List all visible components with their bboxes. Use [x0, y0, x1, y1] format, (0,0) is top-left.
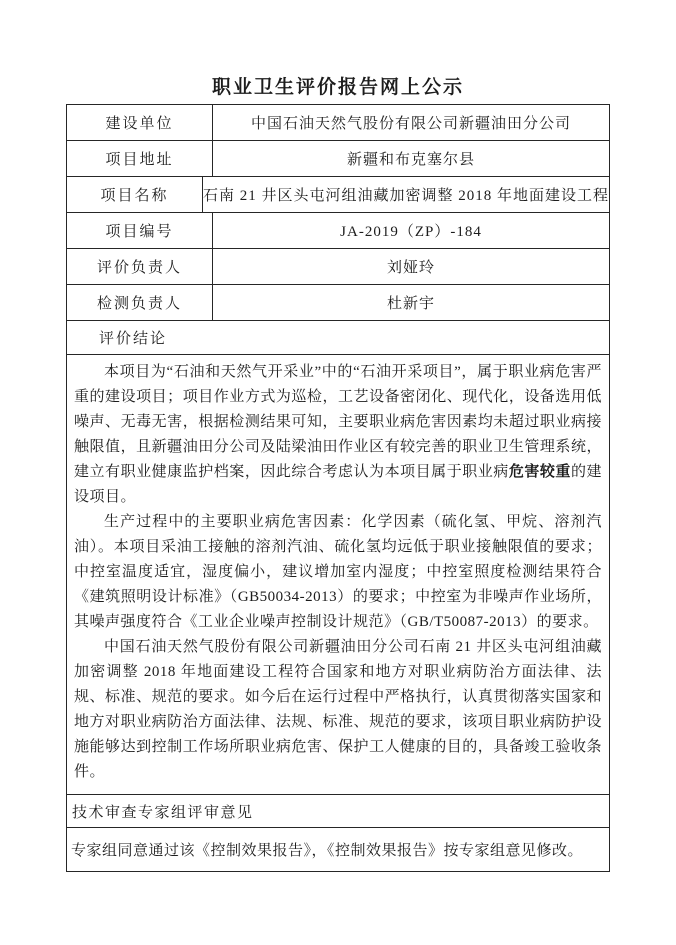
row-label-evaluation-lead: 评价负责人	[67, 249, 213, 284]
info-table: 建设单位 中国石油天然气股份有限公司新疆油田分公司 项目地址 新疆和布克塞尔县 …	[66, 104, 610, 872]
row-label-project-name: 项目名称	[67, 177, 203, 212]
conclusion-body: 本项目为“石油和天然气开采业”中的“石油开采项目”，属于职业病危害严重的建设项目…	[67, 355, 609, 795]
review-opinion-text: 专家组同意通过该《控制效果报告》，《控制效果报告》按专家组意见修改。	[67, 828, 609, 871]
document-page: 职业卫生评价报告网上公示 建设单位 中国石油天然气股份有限公司新疆油田分公司 项…	[0, 0, 676, 945]
conclusion-p1-bold-text: 危害较重	[509, 464, 571, 480]
page-title: 职业卫生评价报告网上公示	[0, 72, 676, 99]
table-row: 项目地址 新疆和布克塞尔县	[67, 141, 609, 177]
table-row: 建设单位 中国石油天然气股份有限公司新疆油田分公司	[67, 105, 609, 141]
row-label-construction-unit: 建设单位	[67, 105, 213, 140]
conclusion-p1-text: 本项目为“石油和天然气开采业”中的“石油开采项目”，属于职业病危害严重的建设项目…	[74, 364, 602, 480]
table-row: 检测负责人 杜新宇	[67, 285, 609, 321]
row-value-testing-lead: 杜新宇	[213, 285, 609, 320]
row-label-project-address: 项目地址	[67, 141, 213, 176]
row-value-project-address: 新疆和布克塞尔县	[213, 141, 609, 176]
row-label-testing-lead: 检测负责人	[67, 285, 213, 320]
table-row: 评价负责人 刘娅玲	[67, 249, 609, 285]
row-value-construction-unit: 中国石油天然气股份有限公司新疆油田分公司	[213, 105, 609, 140]
row-value-project-name: 石南 21 井区头屯河组油藏加密调整 2018 年地面建设工程	[203, 177, 609, 212]
conclusion-paragraph-2: 生产过程中的主要职业病危害因素：化学因素（硫化氢、甲烷、溶剂汽油）。本项目采油工…	[74, 510, 602, 635]
table-row: 项目编号 JA-2019（ZP）-184	[67, 213, 609, 249]
conclusion-paragraph-3: 中国石油天然气股份有限公司新疆油田分公司石南 21 井区头屯河组油藏加密调整 2…	[74, 635, 602, 785]
table-row: 项目名称 石南 21 井区头屯河组油藏加密调整 2018 年地面建设工程	[67, 177, 609, 213]
conclusion-section-label: 评价结论	[67, 321, 609, 355]
row-value-evaluation-lead: 刘娅玲	[213, 249, 609, 284]
row-value-project-number: JA-2019（ZP）-184	[213, 213, 609, 248]
row-label-project-number: 项目编号	[67, 213, 213, 248]
review-section-label: 技术审查专家组评审意见	[67, 795, 609, 828]
conclusion-paragraph-1: 本项目为“石油和天然气开采业”中的“石油开采项目”，属于职业病危害严重的建设项目…	[74, 360, 602, 510]
